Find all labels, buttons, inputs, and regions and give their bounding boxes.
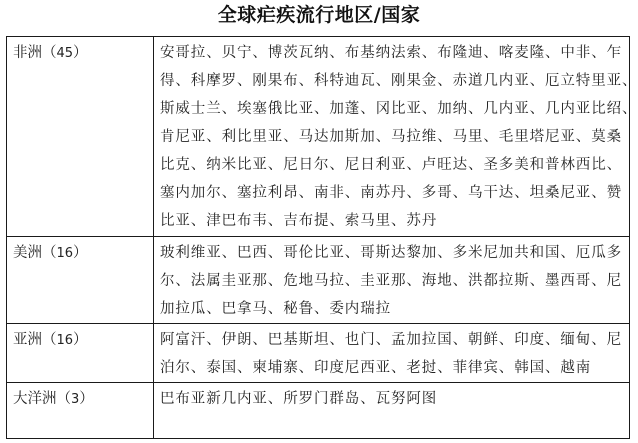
country-list-africa: 安哥拉、贝宁、博茨瓦纳、布基纳法索、布隆迪、喀麦隆、中非、乍 得、科摩罗、刚果布… <box>154 37 630 237</box>
table-row-americas: 美洲（16） 玻利维亚、巴西、哥伦比亚、哥斯达黎加、多米尼加共和国、厄瓜多 尔、… <box>7 237 630 324</box>
table-row-oceania: 大洋洲（3） 巴布亚新几内亚、所罗门群岛、瓦努阿图 <box>7 383 630 439</box>
paren-close: ） <box>73 245 88 261</box>
country-list-oceania: 巴布亚新几内亚、所罗门群岛、瓦努阿图 <box>154 383 630 439</box>
country-line: 比克、纳米比亚、尼日尔、尼日利亚、卢旺达、圣多美和普林西比、 <box>160 151 623 179</box>
paren-close: ） <box>79 391 94 407</box>
region-label-africa: 非洲（45） <box>7 37 154 237</box>
country-line: 阿富汗、伊朗、巴基斯坦、也门、孟加拉国、朝鲜、印度、缅甸、尼 <box>160 326 623 354</box>
country-line: 得、科摩罗、刚果布、科特迪瓦、刚果金、赤道几内亚、厄立特里亚、 <box>160 67 623 95</box>
paren-open: （ <box>42 245 57 261</box>
region-count: 16 <box>57 333 74 348</box>
region-label-asia: 亚洲（16） <box>7 324 154 383</box>
country-line: 泊尔、泰国、柬埔寨、印度尼西亚、老挝、菲律宾、韩国、越南 <box>160 354 623 382</box>
country-list-asia: 阿富汗、伊朗、巴基斯坦、也门、孟加拉国、朝鲜、印度、缅甸、尼 泊尔、泰国、柬埔寨… <box>154 324 630 383</box>
region-count: 16 <box>57 246 74 261</box>
region-name: 非洲 <box>13 45 42 61</box>
country-line: 玻利维亚、巴西、哥伦比亚、哥斯达黎加、多米尼加共和国、厄瓜多 <box>160 239 623 267</box>
page-title: 全球疟疾流行地区/国家 <box>0 2 638 28</box>
region-name: 美洲 <box>13 245 42 261</box>
region-name: 亚洲 <box>13 332 42 348</box>
paren-open: （ <box>42 332 57 348</box>
country-line: 塞内加尔、塞拉利昂、南非、南苏丹、多哥、乌干达、坦桑尼亚、赞 <box>160 179 623 207</box>
region-count: 45 <box>57 46 74 61</box>
country-list-americas: 玻利维亚、巴西、哥伦比亚、哥斯达黎加、多米尼加共和国、厄瓜多 尔、法属圭亚那、危… <box>154 237 630 324</box>
country-line: 巴布亚新几内亚、所罗门群岛、瓦努阿图 <box>160 385 623 413</box>
table-row-asia: 亚洲（16） 阿富汗、伊朗、巴基斯坦、也门、孟加拉国、朝鲜、印度、缅甸、尼 泊尔… <box>7 324 630 383</box>
paren-open: （ <box>57 391 72 407</box>
region-name: 大洋洲 <box>13 391 57 407</box>
country-line: 斯威士兰、埃塞俄比亚、加蓬、冈比亚、加纳、几内亚、几内亚比绍、 <box>160 95 623 123</box>
country-line: 尔、法属圭亚那、危地马拉、圭亚那、海地、洪都拉斯、墨西哥、尼 <box>160 267 623 295</box>
country-line: 安哥拉、贝宁、博茨瓦纳、布基纳法索、布隆迪、喀麦隆、中非、乍 <box>160 39 623 67</box>
paren-open: （ <box>42 45 57 61</box>
country-line: 比亚、津巴布韦、吉布提、索马里、苏丹 <box>160 207 623 235</box>
country-line: 肯尼亚、利比里亚、马达加斯加、马拉维、马里、毛里塔尼亚、莫桑 <box>160 123 623 151</box>
table-row-africa: 非洲（45） 安哥拉、贝宁、博茨瓦纳、布基纳法索、布隆迪、喀麦隆、中非、乍 得、… <box>7 37 630 237</box>
region-label-americas: 美洲（16） <box>7 237 154 324</box>
paren-close: ） <box>73 332 88 348</box>
region-label-oceania: 大洋洲（3） <box>7 383 154 439</box>
malaria-regions-table: 非洲（45） 安哥拉、贝宁、博茨瓦纳、布基纳法索、布隆迪、喀麦隆、中非、乍 得、… <box>6 36 630 439</box>
paren-close: ） <box>73 45 88 61</box>
country-line: 加拉瓜、巴拿马、秘鲁、委内瑞拉 <box>160 295 623 323</box>
